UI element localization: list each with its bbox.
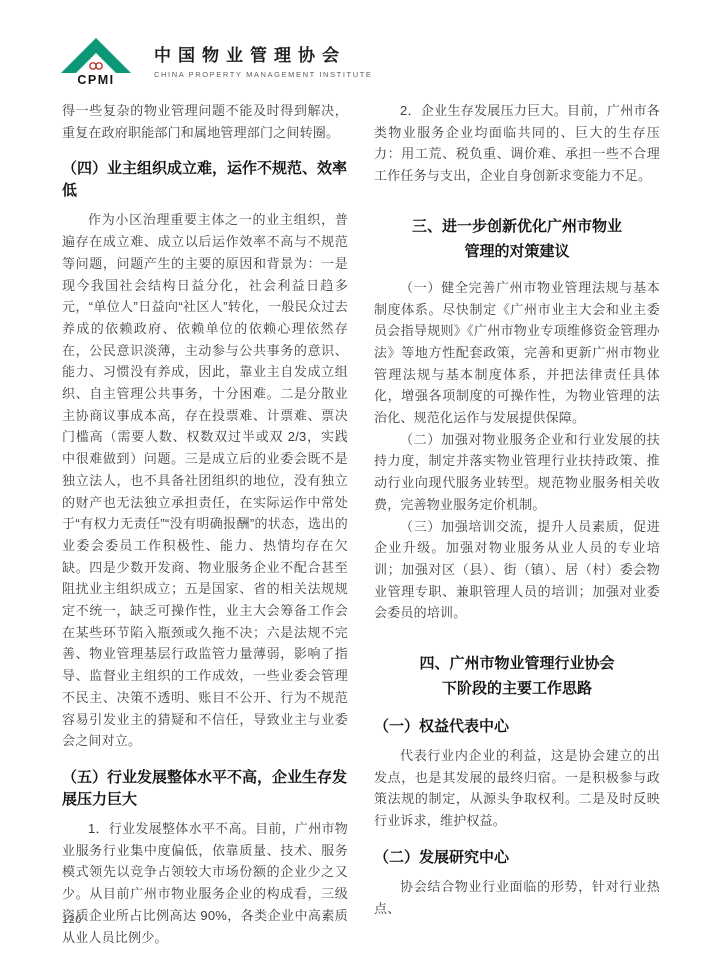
page-number: 120 xyxy=(62,914,82,926)
org-name-zh: 中国物业管理协会 xyxy=(154,41,373,66)
heading-industry-level: （五）行业发展整体水平不高，企业生存发展压力巨大 xyxy=(62,767,348,811)
org-name-en: CHINA PROPERTY MANAGEMENT INSTITUTE xyxy=(154,70,373,79)
cpmi-roof-icon: CPMI xyxy=(58,33,134,87)
document-page: CPMI 中国物业管理协会 CHINA PROPERTY MANAGEMENT … xyxy=(0,0,710,963)
subheading-rights-center: （一）权益代表中心 xyxy=(374,716,660,738)
paragraph-continuation: 得一些复杂的物业管理问题不能及时得到解决，重复在政府职能部门和属地管理部门之间转… xyxy=(62,100,348,143)
paragraph-rights-center: 代表行业内企业的利益，这是协会建立的出发点，也是其发展的最终归宿。一是积极参与政… xyxy=(374,745,660,832)
paragraph-survival-pressure: 2．企业生存发展压力巨大。目前，广州市各类物业服务企业均面临共同的、巨大的生存压… xyxy=(374,100,660,187)
chapter-heading-3: 三、进一步创新优化广州市物业 管理的对策建议 xyxy=(384,214,650,264)
chapter-heading-4-line2: 下阶段的主要工作思路 xyxy=(384,676,650,701)
right-column: 2．企业生存发展压力巨大。目前，广州市各类物业服务企业均面临共同的、巨大的生存压… xyxy=(374,100,660,948)
chapter-heading-3-line2: 管理的对策建议 xyxy=(384,239,650,264)
logo-acronym: CPMI xyxy=(77,73,114,87)
chapter-heading-4: 四、广州市物业管理行业协会 下阶段的主要工作思路 xyxy=(384,651,650,701)
paragraph-research-center: 协会结合物业行业面临的形势，针对行业热点、 xyxy=(374,876,660,919)
org-name-block: 中国物业管理协会 CHINA PROPERTY MANAGEMENT INSTI… xyxy=(154,41,373,79)
heading-owner-organizations: （四）业主组织成立难，运作不规范、效率低 xyxy=(62,158,348,202)
paragraph-industry-level: 1．行业发展整体水平不高。目前，广州市物业服务行业集中度偏低，依靠质量、技术、服… xyxy=(62,818,348,948)
paragraph-suggestion-3: （三）加强培训交流，提升人员素质，促进企业升级。加强对物业服务从业人员的专业培训… xyxy=(374,516,660,625)
subheading-research-center: （二）发展研究中心 xyxy=(374,847,660,869)
paragraph-suggestion-1: （一）健全完善广州市物业管理法规与基本制度体系。尽快制定《广州市业主大会和业主委… xyxy=(374,277,660,429)
chapter-heading-4-line1: 四、广州市物业管理行业协会 xyxy=(384,651,650,676)
paragraph-suggestion-2: （二）加强对物业服务企业和行业发展的扶持力度，制定并落实物业管理行业扶持政策、推… xyxy=(374,429,660,516)
left-column: 得一些复杂的物业管理问题不能及时得到解决，重复在政府职能部门和属地管理部门之间转… xyxy=(62,100,348,948)
org-header: CPMI 中国物业管理协会 CHINA PROPERTY MANAGEMENT … xyxy=(58,33,373,87)
paragraph-owner-organizations: 作为小区治理重要主体之一的业主组织，普遍存在成立难、成立以后运作效率不高与不规范… xyxy=(62,209,348,752)
two-column-text: 得一些复杂的物业管理问题不能及时得到解决，重复在政府职能部门和属地管理部门之间转… xyxy=(62,100,660,948)
chapter-heading-3-line1: 三、进一步创新优化广州市物业 xyxy=(384,214,650,239)
